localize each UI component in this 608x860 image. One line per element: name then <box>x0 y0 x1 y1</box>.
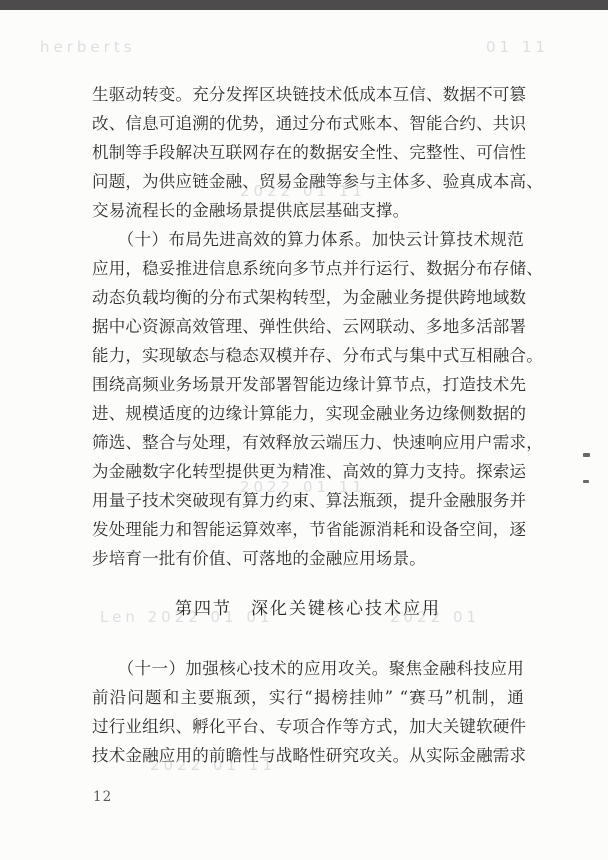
scan-speck <box>583 480 589 483</box>
text-line: 为金融数字化转型提供更为精准、高效的算力支持。探索运 <box>92 457 524 486</box>
scanned-document-page: herberts 01 11 2022 01 11 2022 01 11 Len… <box>0 0 608 860</box>
text-line: （十）布局先进高效的算力体系。加快云计算技术规范 <box>92 225 524 254</box>
text-line: 问题，为供应链金融、贸易金融等参与主体多、验真成本高、 <box>92 167 524 196</box>
watermark-fragment: 01 11 <box>486 38 549 56</box>
text-line: 机制等手段解决互联网存在的数据安全性、完整性、可信性 <box>92 138 524 167</box>
text-line: 应用，稳妥推进信息系统向多节点并行运行、数据分布存储、 <box>92 254 524 283</box>
text-line: 过行业组织、孵化平台、专项合作等方式，加大关键软硬件 <box>92 712 524 741</box>
watermark-fragment: herberts <box>40 38 136 56</box>
text-line: 围绕高频业务场景开发部署智能边缘计算节点，打造技术先 <box>92 370 524 399</box>
section-heading: 第四节 深化关键核心技术应用 <box>92 595 524 624</box>
text-line: 进、规模适度的边缘计算能力，实现金融业务边缘侧数据的 <box>92 399 524 428</box>
text-line: 前沿问题和主要瓶颈，实行“揭榜挂帅” “赛马”机制，通 <box>92 683 524 712</box>
text-line: 生驱动转变。充分发挥区块链技术低成本互信、数据不可篡 <box>92 80 524 109</box>
page-number: 12 <box>93 789 112 805</box>
text-line: （十一）加强核心技术的应用攻关。聚焦金融科技应用 <box>92 654 524 683</box>
paragraph-blockchain: 生驱动转变。充分发挥区块链技术低成本互信、数据不可篡改、信息可追溯的优势，通过分… <box>92 80 524 225</box>
paragraph-computing-power: （十）布局先进高效的算力体系。加快云计算技术规范应用，稳妥推进信息系统向多节点并… <box>92 225 524 573</box>
scan-speck <box>583 453 590 457</box>
text-line: 技术金融应用的前瞻性与战略性研究攻关。从实际金融需求 <box>92 741 524 770</box>
text-line: 动态负载均衡的分布式架构转型，为金融业务提供跨地域数 <box>92 283 524 312</box>
text-line: 用量子技术突破现有算力约束、算法瓶颈，提升金融服务并 <box>92 486 524 515</box>
text-line: 步培育一批有价值、可落地的金融应用场景。 <box>92 544 524 573</box>
paragraph-core-tech: （十一）加强核心技术的应用攻关。聚焦金融科技应用前沿问题和主要瓶颈，实行“揭榜挂… <box>92 654 524 770</box>
document-body: 生驱动转变。充分发挥区块链技术低成本互信、数据不可篡改、信息可追溯的优势，通过分… <box>92 80 524 770</box>
scan-edge-artifact <box>0 0 608 10</box>
text-line: 交易流程长的金融场景提供底层基础支撑。 <box>92 196 524 225</box>
text-line: 能力，实现敏态与稳态双模并存、分布式与集中式互相融合。 <box>92 341 524 370</box>
text-line: 改、信息可追溯的优势，通过分布式账本、智能合约、共识 <box>92 109 524 138</box>
text-line: 据中心资源高效管理、弹性供给、云网联动、多地多活部署 <box>92 312 524 341</box>
text-line: 发处理能力和智能运算效率，节省能源消耗和设备空间，逐 <box>92 515 524 544</box>
text-line: 筛选、整合与处理，有效释放云端压力、快速响应用户需求， <box>92 428 524 457</box>
